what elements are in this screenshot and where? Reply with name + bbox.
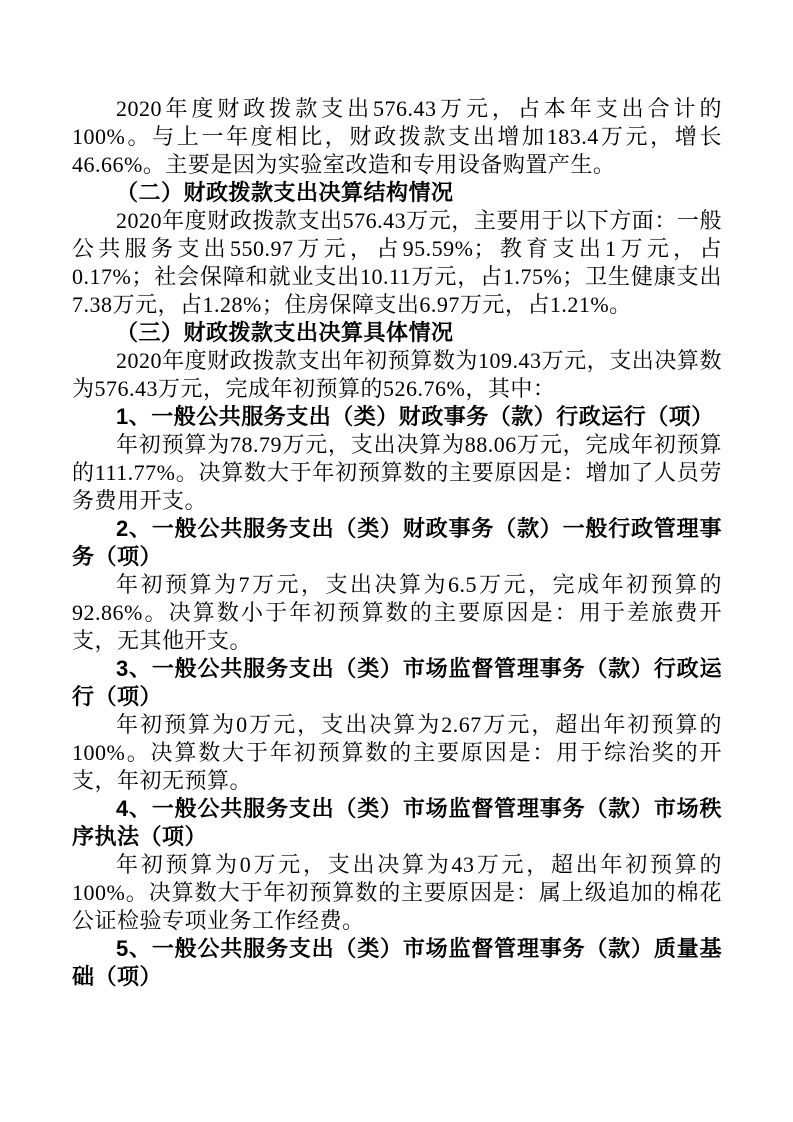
heading-item-4-market-order-enforcement: 4、一般公共服务支出（类）市场监督管理事务（款）市场秩序执法（项） [72,795,722,851]
heading-item-5-quality-foundation: 5、一般公共服务支出（类）市场监督管理事务（款）质量基础（项） [72,935,722,991]
heading-expenditure-structure: （二）财政拨款支出决算结构情况 [72,179,722,207]
heading-expenditure-specifics: （三）财政拨款支出决算具体情况 [72,319,722,347]
para-item-3-detail: 年初预算为0万元，支出决算为2.67万元，超出年初预算的100%。决算数大于年初… [72,711,722,795]
para-financial-appropriation-total: 2020年度财政拨款支出576.43万元，占本年支出合计的100%。与上一年度相… [72,95,722,179]
heading-item-2-general-admin: 2、一般公共服务支出（类）财政事务（款）一般行政管理事务（项） [72,515,722,571]
para-budget-vs-final: 2020年度财政拨款支出年初预算数为109.43万元，支出决算数为576.43万… [72,347,722,403]
heading-item-3-market-admin-operation: 3、一般公共服务支出（类）市场监督管理事务（款）行政运行（项） [72,655,722,711]
para-item-2-detail: 年初预算为7万元，支出决算为6.5万元，完成年初预算的92.86%。决算数小于年… [72,571,722,655]
para-expenditure-structure-detail: 2020年度财政拨款支出576.43万元，主要用于以下方面：一般公共服务支出55… [72,207,722,319]
heading-item-1-admin-operation: 1、一般公共服务支出（类）财政事务（款）行政运行（项） [72,403,722,431]
document-body: 2020年度财政拨款支出576.43万元，占本年支出合计的100%。与上一年度相… [72,95,722,991]
document-page: 2020年度财政拨款支出576.43万元，占本年支出合计的100%。与上一年度相… [0,0,793,1122]
para-item-1-detail: 年初预算为78.79万元，支出决算为88.06万元，完成年初预算的111.77%… [72,431,722,515]
para-item-4-detail: 年初预算为0万元，支出决算为43万元，超出年初预算的100%。决算数大于年初预算… [72,851,722,935]
